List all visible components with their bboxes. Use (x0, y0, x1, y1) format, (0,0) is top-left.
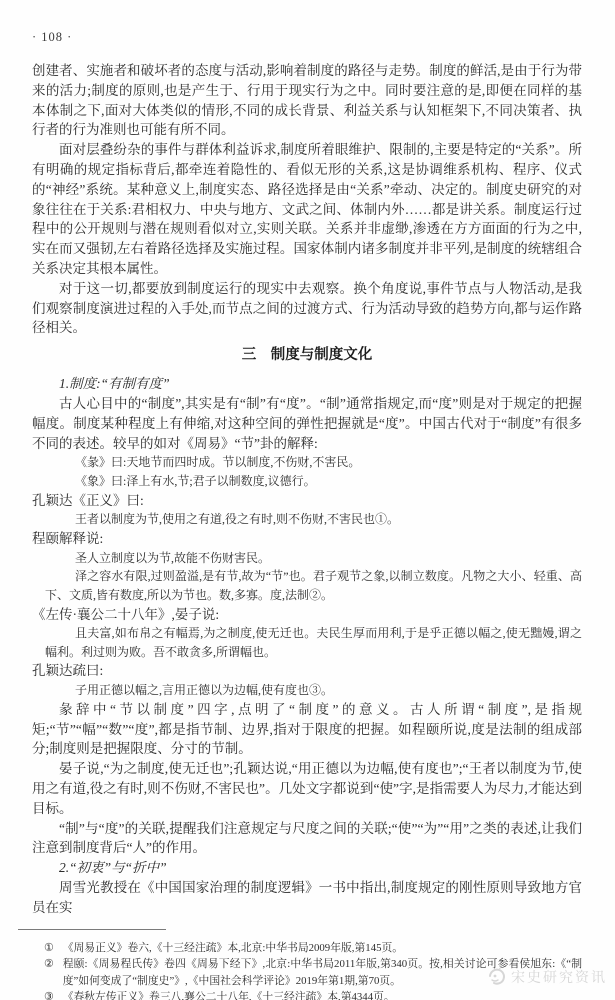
paragraph-observe: 对于这一切,都要放到制度运行的现实中去观察。换个角度说,事件节点与人物活动,是我… (32, 279, 582, 338)
quote-qiefu: 且夫富,如布帛之有幅焉,为之制度,使无迁也。夫民生厚而用利,于是乎正德以幅之,使… (45, 624, 582, 661)
document-page: · 108 · 创建者、实施者和破坏者的态度与活动,影响着制度的路径与走势。制度… (0, 0, 615, 1000)
paragraph-actors-continuation: 创建者、实施者和破坏者的态度与活动,影响着制度的路径与走势。制度的鲜活,是由于行… (32, 61, 582, 140)
quote-shengren: 圣人立制度以为节,故能不伤财害民。 (45, 549, 582, 568)
quote-zerong: 泽之容水有限,过则盈溢,是有节,故为“节”也。君子观节之象,以制立数度。凡物之大… (45, 567, 582, 604)
paragraph-zhidu: “制”与“度”的关联,提醒我们注意规定与尺度之间的关联;“使”“为”“用”之类的… (32, 819, 582, 859)
speaker-kong-zhengyi: 孔颖达《正义》曰: (32, 491, 582, 511)
subsection-heading-1: 1.制度:“有制有度” (32, 374, 582, 394)
footnote-text: 《春秋左传正义》卷三八,襄公二十八年,《十三经注疏》本,第4344页。 (63, 989, 582, 1000)
footnote-text: 《周易正义》卷六,《十三经注疏》本,北京:中华书局2009年版,第145页。 (63, 940, 582, 957)
section-heading: 三 制度与制度文化 (32, 345, 582, 365)
quote-tuan: 《彖》曰:天地节而四时成。节以制度,不伤财,不害民。 (45, 453, 582, 472)
watermark-label: 宋史研究资讯 (511, 967, 607, 987)
footnote-1: ① 《周易正义》卷六,《十三经注疏》本,北京:中华书局2009年版,第145页。 (32, 940, 582, 957)
paragraph-relations: 面对层叠纷杂的事件与群体利益诉求,制度所着眼维护、限制的,主要是特定的“关系”。… (32, 140, 582, 279)
songshi-logo-icon (487, 967, 507, 987)
paragraph-tuanci: 彖辞中“节以制度”四字,点明了“制度”的意义。古人所谓“制度”,是指规矩;“节”… (32, 700, 582, 759)
footnote-3: ③ 《春秋左传正义》卷三八,襄公二十八年,《十三经注疏》本,第4344页。 (32, 989, 582, 1000)
footnote-divider (18, 929, 166, 930)
paragraph-zhouxueguang: 周雪光教授在《中国国家治理的制度逻辑》一书中指出,制度规定的刚性原则导致地方官员… (32, 878, 582, 918)
speaker-kong-shu: 孔颖达疏曰: (32, 661, 582, 681)
quote-wangzhe: 王者以制度为节,使用之有道,役之有时,则不伤财,不害民也①。 (45, 510, 582, 529)
paragraph-guren: 古人心目中的“制度”,其实是有“制”有“度”。“制”通常指规定,而“度”则是对于… (32, 394, 582, 453)
footnote-marker: ① (44, 940, 54, 957)
footnote-marker: ③ (44, 989, 54, 1000)
footnote-marker: ② (44, 956, 54, 989)
speaker-chengyi: 程颐解释说: (32, 529, 582, 549)
quote-xiang: 《象》曰:泽上有水,节;君子以制数度,议德行。 (45, 472, 582, 491)
page-number: · 108 · (32, 30, 582, 45)
speaker-zuozhuan: 《左传·襄公二十八年》,晏子说: (32, 605, 582, 625)
quote-ziyong: 子用正德以幅之,言用正德以为边幅,使有度也③。 (45, 681, 582, 700)
watermark: 宋史研究资讯 (487, 967, 607, 987)
subsection-heading-2: 2.“初衷”与“折中” (32, 858, 582, 878)
paragraph-yanzi: 晏子说,“为之制度,使无迁也”;孔颖达说,“用正德以为边幅,使有度也”;“王者以… (32, 759, 582, 818)
